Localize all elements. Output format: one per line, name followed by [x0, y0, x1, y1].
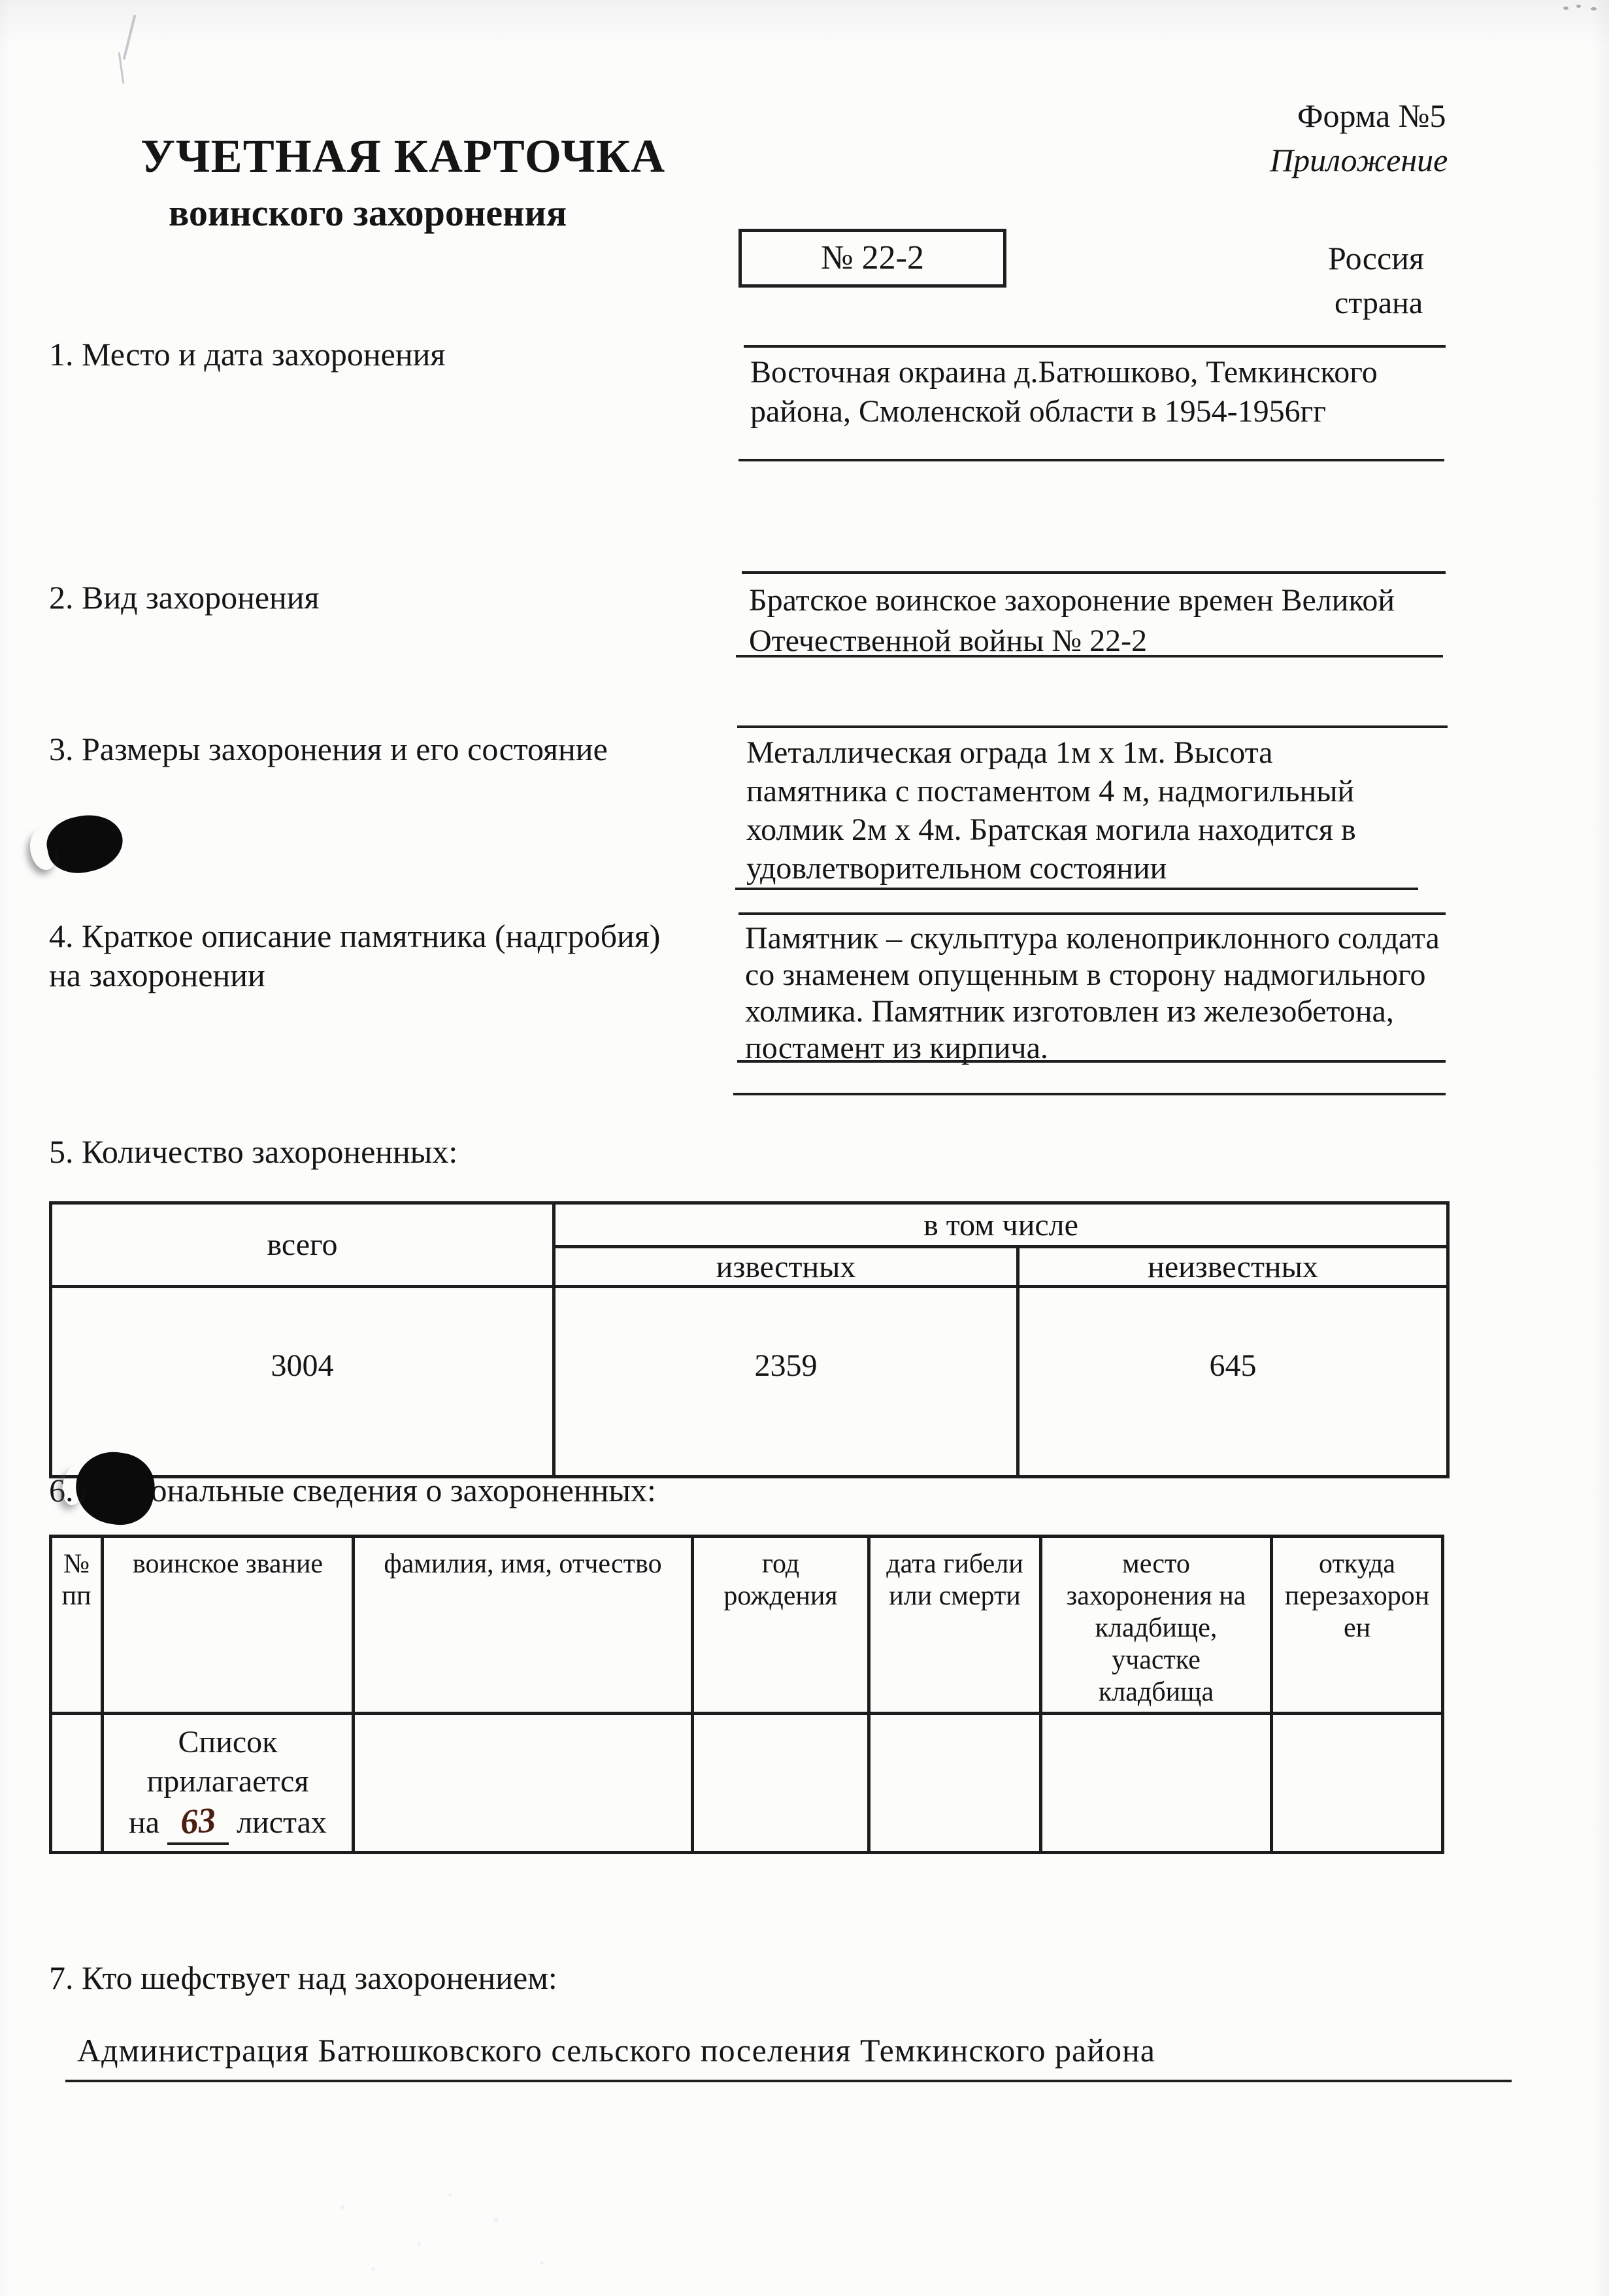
- scan-dots-artifact: [1562, 3, 1602, 13]
- handwritten-sheet-count: 63: [179, 1800, 217, 1842]
- persons-col-death-header: дата гибелиили смерти: [869, 1537, 1041, 1714]
- persons-col-birth-header: годрождения: [693, 1537, 869, 1714]
- attached-list-note-cell: Список прилагается на 63 листах: [103, 1714, 354, 1853]
- document-title-line1: УЧЕТНАЯ КАРТОЧКА: [141, 129, 665, 184]
- empty-cell: [51, 1714, 103, 1853]
- note-post: листах: [237, 1805, 327, 1840]
- sheets-blank: 63: [167, 1801, 229, 1845]
- count-known-value: 2359: [554, 1287, 1018, 1477]
- ruled-line: [738, 912, 1446, 915]
- ruled-line: [737, 1060, 1446, 1063]
- field-value-patron: Администрация Батюшковского сельского по…: [65, 2031, 1512, 2082]
- field-value-burial-type: Братское воинское захоронение времен Вел…: [749, 580, 1395, 661]
- empty-cell: [354, 1714, 693, 1853]
- scan-speckle-artifact: [281, 2170, 588, 2294]
- ruled-line: [736, 655, 1443, 657]
- country-value: Россия: [1328, 239, 1424, 277]
- form-number: Форма №5: [1297, 97, 1446, 135]
- ruled-line: [738, 459, 1444, 461]
- persons-col-num-header: №пп: [51, 1537, 103, 1714]
- persons-table-header-row: №пп воинское звание фамилия, имя, отчест…: [51, 1537, 1443, 1714]
- field-label-place-date: 1. Место и дата захоронения: [49, 335, 445, 374]
- persons-col-rank-header: воинское звание: [103, 1537, 354, 1714]
- persons-col-place-header: местозахоронения накладбище,участкекладб…: [1041, 1537, 1272, 1714]
- ruled-line: [733, 1093, 1446, 1095]
- note-line: прилагается: [104, 1762, 352, 1801]
- ruled-line: [742, 571, 1446, 574]
- field-label-size-condition: 3. Размеры захоронения и его состояние: [49, 729, 608, 769]
- ruled-line: [737, 725, 1448, 728]
- document-title-line2: воинского захоронения: [169, 191, 567, 235]
- empty-cell: [1272, 1714, 1443, 1853]
- count-col-including-header: в том числе: [554, 1203, 1448, 1247]
- note-pre: на: [129, 1805, 159, 1840]
- count-col-total-header: всего: [51, 1203, 554, 1287]
- count-col-unknown-header: неизвестных: [1018, 1247, 1448, 1287]
- field-label-patron: 7. Кто шефствует над захоронением:: [49, 1958, 557, 1997]
- ruled-line: [735, 888, 1418, 890]
- field-value-place-date: Восточная окраина д.Батюшково, Темкинско…: [750, 353, 1378, 431]
- empty-cell: [869, 1714, 1041, 1853]
- registration-card-page: УЧЕТНАЯ КАРТОЧКА воинского захоронения Ф…: [0, 0, 1609, 2296]
- note-line: Список: [104, 1723, 352, 1762]
- attached-list-note: Список прилагается на 63 листах: [104, 1715, 352, 1845]
- note-line: на 63 листах: [104, 1801, 352, 1845]
- form-annex: Приложение: [1270, 141, 1448, 179]
- card-number-box: № 22-2: [738, 229, 1006, 288]
- persons-col-name-header: фамилия, имя, отчество: [354, 1537, 693, 1714]
- count-table-header-row1: всего в том числе: [51, 1203, 1448, 1247]
- section-heading-count: 5. Количество захороненных:: [49, 1132, 457, 1171]
- field-value-size-condition: Металлическая ограда 1м х 1м. Высотапамя…: [746, 733, 1356, 888]
- country-caption: страна: [1335, 285, 1423, 321]
- pen-mark-artifact: [110, 14, 142, 86]
- count-table-values-row: 3004 2359 645: [51, 1287, 1448, 1477]
- ink-blot-1: [42, 808, 127, 879]
- persons-table: №пп воинское звание фамилия, имя, отчест…: [49, 1535, 1444, 1854]
- ruled-line: [744, 345, 1446, 348]
- persons-col-from-header: откудаперезахоронен: [1272, 1537, 1443, 1714]
- empty-cell: [1041, 1714, 1272, 1853]
- card-number: № 22-2: [821, 239, 924, 276]
- empty-cell: [693, 1714, 869, 1853]
- persons-table-note-row: Список прилагается на 63 листах: [51, 1714, 1443, 1853]
- field-label-monument: 4. Краткое описание памятника (надгробия…: [49, 916, 660, 995]
- count-unknown-value: 645: [1018, 1287, 1448, 1477]
- count-total-value: 3004: [51, 1287, 554, 1477]
- burial-count-table: всего в том числе известных неизвестных …: [49, 1201, 1450, 1478]
- field-label-burial-type: 2. Вид захоронения: [49, 578, 320, 617]
- count-col-known-header: известных: [554, 1247, 1018, 1287]
- field-value-monument: Памятник – скульптура коленоприклонного …: [745, 920, 1440, 1067]
